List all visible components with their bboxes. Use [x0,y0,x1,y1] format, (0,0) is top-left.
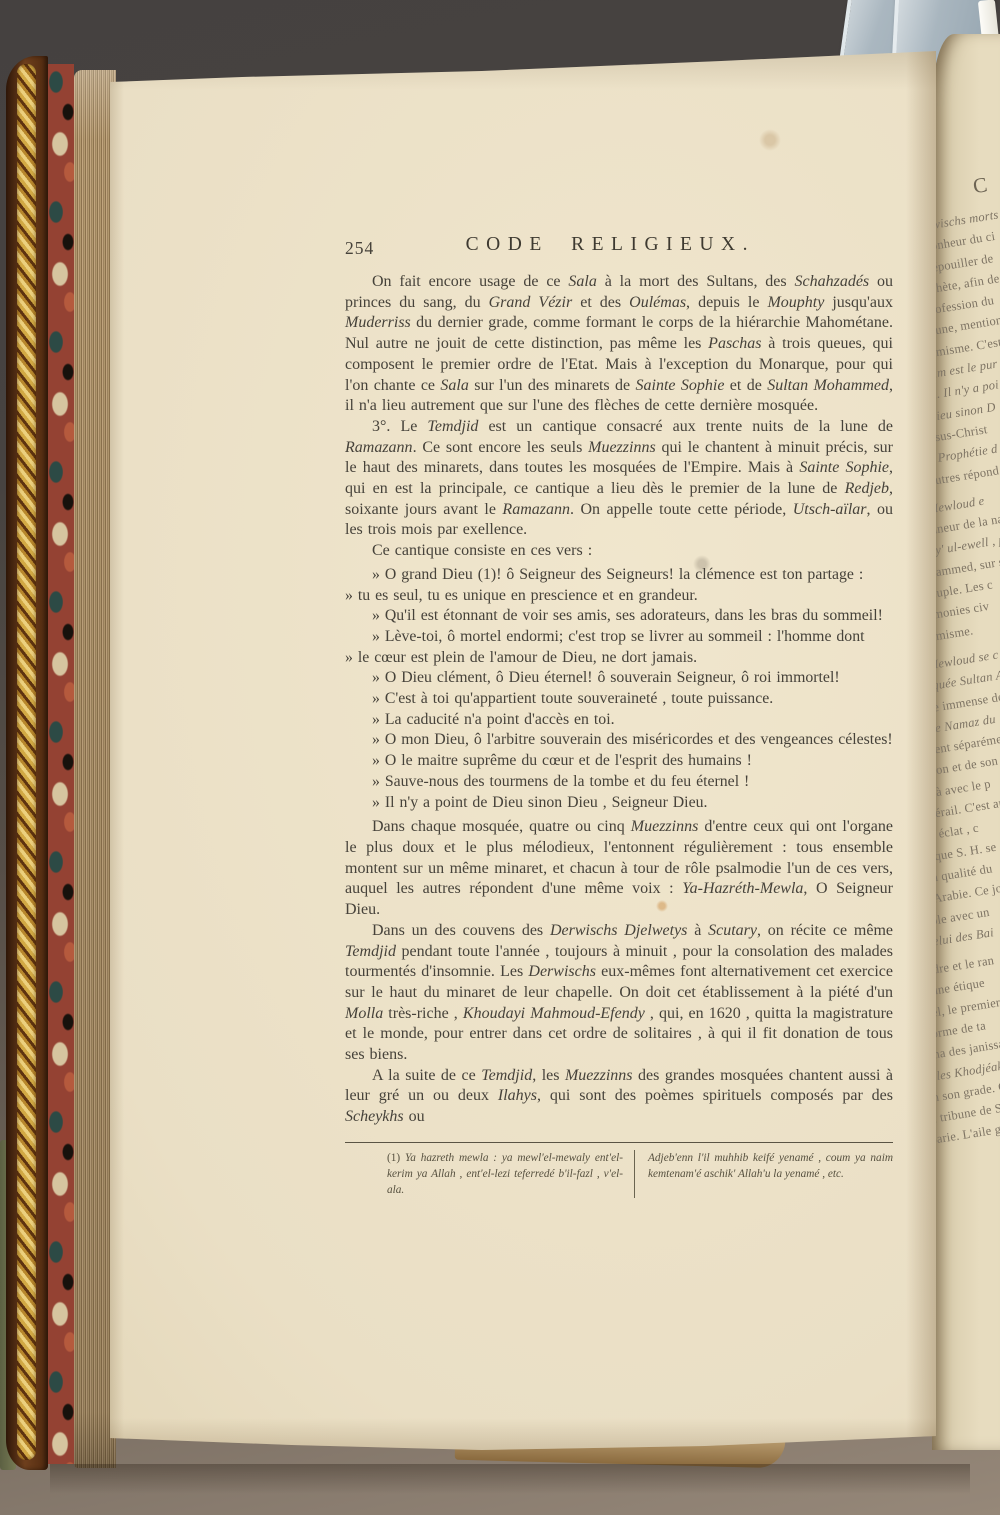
footnote: (1) Ya hazreth mewla : ya mewl'el-mewaly… [345,1142,893,1198]
verse-line: » Lève-toi, ô mortel endormi; c'est trop… [345,627,893,648]
verse-line: » Qu'il est étonnant de voir ses amis, s… [345,606,893,627]
verse-block: » O grand Dieu (1)! ô Seigneur des Seign… [345,565,893,813]
running-title: CODE RELIGIEUX. [466,234,755,256]
verse-line: » le cœur est plein de l'amour de Dieu, … [345,648,893,669]
verse-line: » La caducité n'a point d'accès en toi. [345,710,893,731]
verse-line: » C'est à toi qu'appartient toute souver… [345,689,893,710]
page-number: 254 [345,238,374,259]
footnote-right-column: Adjeb'enn l'il muhhib keifé yenamé , cou… [635,1150,893,1198]
photo-background: C Derwischs mortsle bonheur du cise dépo… [0,0,1000,1515]
paragraph-ilahys: A la suite de ce Temdjid, les Muezzinns … [345,1066,893,1128]
left-page: 254 CODE RELIGIEUX. On fait encore usage… [110,48,936,1452]
lead-line-cantique: Ce cantique consiste en ces vers : [345,541,893,562]
fore-edge-page-block [74,70,116,1468]
verse-line: » Il n'y a point de Dieu sinon Dieu , Se… [345,793,893,814]
paragraph-sala-usage: On fait encore usage de ce Sala à la mor… [345,272,893,417]
page-content: 254 CODE RELIGIEUX. On fait encore usage… [345,234,893,1198]
right-page-strip: C Derwischs mortsle bonheur du cise dépo… [932,34,1000,1450]
verse-line: » O Dieu clément, ô Dieu éternel! ô souv… [345,668,893,689]
right-page-text: C Derwischs mortsle bonheur du cise dépo… [932,184,1000,1155]
gold-rope-tooling [17,64,36,1460]
verse-line: » O grand Dieu (1)! ô Seigneur des Seign… [345,565,893,586]
verse-line: » O le maitre suprême du cœur et de l'es… [345,751,893,772]
footnote-columns: (1) Ya hazreth mewla : ya mewl'el-mewaly… [345,1150,893,1198]
marbled-endpaper [48,64,74,1464]
verse-line: » tu es seul, tu es unique en prescience… [345,586,893,607]
paragraph-derwischs: Dans un des couvens des Derwischs Djelwe… [345,921,893,1066]
right-page-text-lines: Derwischs mortsle bonheur du cise dépoui… [932,218,1000,1155]
verse-line: » O mon Dieu, ô l'arbitre souverain des … [345,730,893,751]
footnote-left-column: (1) Ya hazreth mewla : ya mewl'el-mewaly… [387,1150,635,1198]
page-header: 254 CODE RELIGIEUX. [345,234,893,264]
footnote-rule [345,1142,893,1143]
leather-binding-edge [6,56,48,1470]
paragraph-muezzinns: Dans chaque mosquée, quatre ou cinq Muez… [345,817,893,921]
paragraph-temdjid: 3°. Le Temdjid est un cantique consacré … [345,417,893,541]
book-bottom-shadow [50,1464,970,1494]
right-page-header-fragment: C [932,134,1000,209]
verse-line: » Sauve-nous des tourmens de la tombe et… [345,772,893,793]
